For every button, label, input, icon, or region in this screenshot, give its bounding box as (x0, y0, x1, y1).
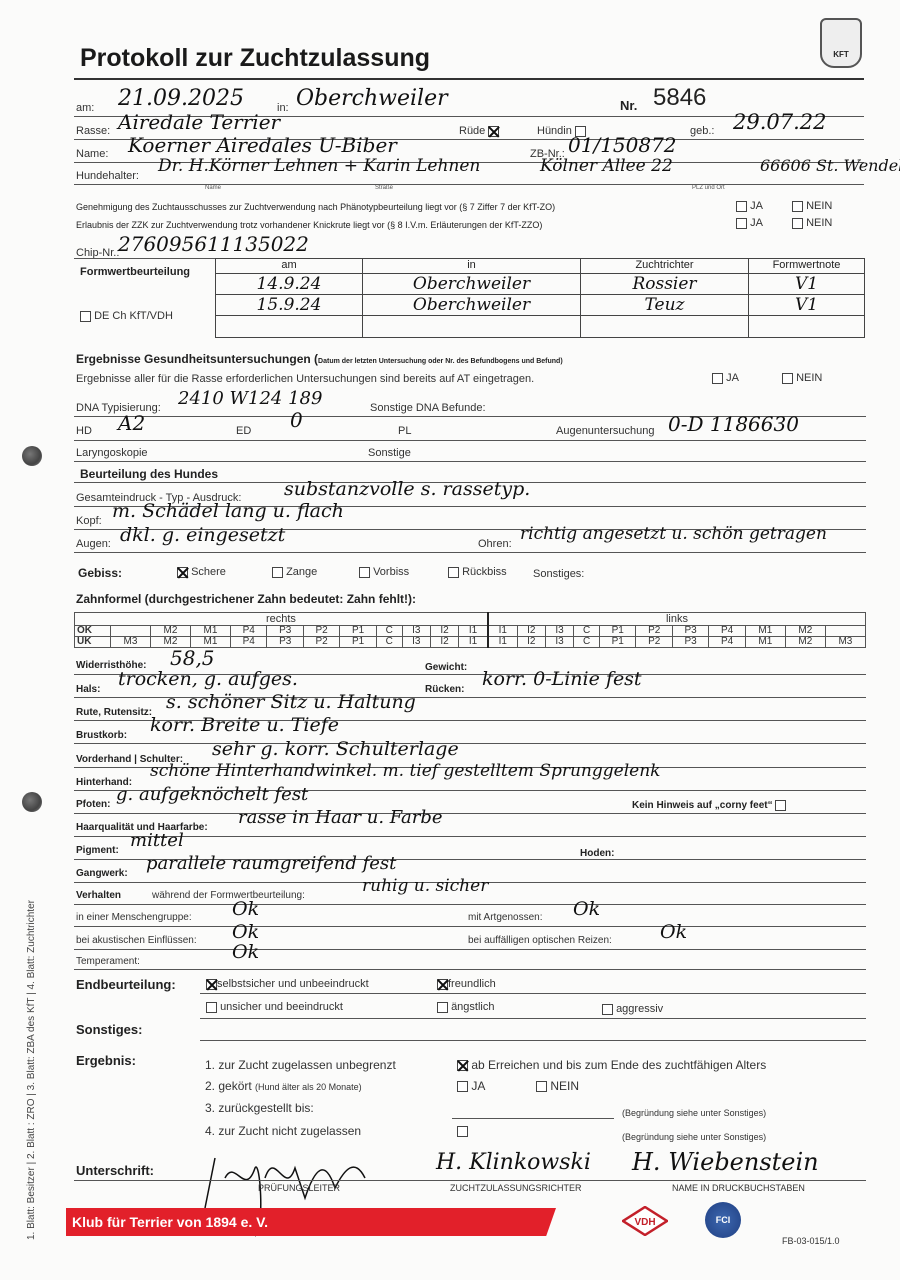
tooth-cell[interactable]: C (574, 637, 600, 648)
gebiss-sonstiges-label: Sonstiges: (533, 568, 584, 580)
tooth-cell[interactable]: P4 (231, 626, 267, 637)
gekoert-ja: JA (457, 1079, 485, 1093)
gruppe-value[interactable]: Ok (232, 898, 259, 920)
end-aengstlich-checkbox[interactable] (437, 1002, 448, 1013)
end-freundlich-checkbox[interactable] (437, 979, 448, 990)
copy-distribution-note: 1. Blatt: Besitzer | 2. Blatt : ZRO | 3.… (26, 900, 37, 1240)
ed-value[interactable]: 0 (290, 408, 303, 432)
gang-value[interactable]: parallele raumgreifend fest (146, 853, 396, 874)
tooth-cell[interactable]: I1 (459, 637, 488, 648)
zahnformel-title: Zahnformel (durchgestrichener Zahn bedeu… (76, 592, 416, 606)
tooth-cell[interactable]: P4 (709, 637, 745, 648)
gebiss-vorbiss-checkbox[interactable] (359, 567, 370, 578)
hals-value[interactable]: trocken, g. aufges. (118, 668, 298, 690)
nicht-zugelassen-checkbox[interactable] (457, 1126, 468, 1137)
auge-value[interactable]: 0-D 1186630 (668, 412, 799, 436)
halter-ort[interactable]: 66606 St. Wendel (760, 156, 900, 175)
health-at-text: Ergebnisse aller für die Rasse erforderl… (76, 373, 534, 385)
tooth-cell[interactable]: P3 (672, 626, 708, 637)
pigment-label: Pigment: (76, 845, 119, 856)
nr-label: Nr. (620, 98, 637, 113)
vorderhand-value[interactable]: sehr g. korr. Schulterlage (212, 738, 459, 760)
druck-caption: NAME IN DRUCKBUCHSTABEN (672, 1183, 805, 1193)
sub-label-strasse: Straße (375, 185, 393, 191)
corny-feet-option: Kein Hinweis auf „corny feet“ (632, 800, 786, 811)
in-value[interactable]: Oberchweiler (296, 86, 448, 111)
akust-value[interactable]: Ok (232, 921, 259, 943)
pfoten-label: Pfoten: (76, 799, 110, 810)
gebiss-rueckbiss-checkbox[interactable] (448, 567, 459, 578)
tooth-cell[interactable]: P3 (267, 626, 303, 637)
richter-signature: H. Klinkowski (436, 1150, 591, 1175)
brust-value[interactable]: korr. Breite u. Tiefe (150, 714, 339, 736)
tooth-cell[interactable]: P2 (636, 637, 672, 648)
ergebnis-label: Ergebnis: (76, 1053, 136, 1068)
erlaubnis-ja: JA (736, 217, 763, 229)
pruefungsleiter-caption: PRÜFUNGSLEITER (258, 1183, 340, 1193)
tooth-cell[interactable]: M3 (825, 637, 865, 648)
tooth-cell[interactable]: I1 (488, 637, 517, 648)
tooth-cell[interactable]: I2 (430, 626, 458, 637)
gebiss-zange-checkbox[interactable] (272, 567, 283, 578)
brust-label: Brustkorb: (76, 730, 127, 741)
verhalten-label: Verhalten (76, 890, 121, 901)
fw-header-richter: Zuchtrichter (581, 259, 749, 274)
tooth-cell[interactable]: P4 (231, 637, 267, 648)
auge-label: Augenuntersuchung (556, 425, 654, 437)
optisch-label: bei auffälligen optischen Reizen: (468, 935, 612, 946)
ergebnis-item-1: 1. zur Zucht zugelassen unbegrenzt (205, 1058, 396, 1072)
tooth-cell[interactable]: M1 (745, 637, 785, 648)
widerrist-value[interactable]: 58,5 (170, 646, 215, 670)
end-freundlich: freundlich (437, 978, 496, 990)
tooth-cell[interactable]: I1 (488, 626, 517, 637)
tooth-cell[interactable]: I2 (517, 626, 545, 637)
punch-hole (22, 446, 42, 466)
tooth-cell[interactable]: P1 (600, 626, 636, 637)
de-ch-checkbox[interactable] (80, 311, 91, 322)
zahn-links-header: links (488, 613, 866, 626)
am-label: am: (76, 102, 94, 114)
page-title: Protokoll zur Zuchtzulassung (80, 44, 430, 73)
ohren-value[interactable]: richtig angesetzt u. schön getragen (520, 524, 827, 544)
fw-header-am: am (216, 259, 363, 274)
zahn-row-ok: OKM2M1P4P3P2P1CI3I2I1I1I2I3CP1P2P3P4M1M2 (75, 626, 866, 637)
end-aggressiv: aggressiv (602, 1003, 663, 1015)
tooth-cell[interactable]: P2 (303, 626, 339, 637)
tooth-cell[interactable]: M3 (111, 637, 151, 648)
fw-header-note: Formwertnote (749, 259, 865, 274)
tooth-cell[interactable]: M1 (745, 626, 785, 637)
ruecken-value[interactable]: korr. 0-Linie fest (482, 668, 642, 690)
halter-name[interactable]: Dr. H.Körner Lehnen + Karin Lehnen (158, 156, 480, 176)
health-ja-checkbox[interactable] (712, 373, 723, 384)
rute-label: Rute, Rutensitz: (76, 707, 152, 718)
hoden-label: Hoden: (580, 848, 614, 859)
health-ja: JA (712, 372, 739, 384)
ruede-checkbox[interactable] (488, 126, 499, 137)
punch-hole (22, 792, 42, 812)
pfoten-value[interactable]: g. aufgeknöchelt fest (116, 784, 308, 805)
gebiss-zange: Zange (272, 566, 317, 578)
halter-label: Hundehalter: (76, 170, 139, 182)
vdh-logo-icon: VDH (622, 1206, 668, 1236)
akust-label: bei akustischen Einflüssen: (76, 935, 197, 946)
laryn-label: Laryngoskopie (76, 447, 148, 459)
zahn-rechts-header: rechts (75, 613, 488, 626)
ab-erreichen-option: ab Erreichen und bis zum Ende des zuchtf… (457, 1058, 766, 1072)
tooth-cell[interactable]: I2 (430, 637, 458, 648)
erlaubnis-nein: NEIN (792, 217, 832, 229)
gekoert-ja-checkbox[interactable] (457, 1081, 468, 1092)
gewicht-label: Gewicht: (425, 662, 467, 673)
temp-label: Temperament: (76, 956, 140, 967)
ruede-label: Rüde (459, 125, 499, 137)
tooth-cell[interactable] (111, 626, 151, 637)
sonstige-label: Sonstige (368, 447, 411, 459)
erlaubnis-nein-checkbox[interactable] (792, 218, 803, 229)
sonstige-dna-label: Sonstige DNA Befunde: (370, 402, 486, 414)
gesamt-value[interactable]: substanzvolle s. rassetyp. (284, 478, 530, 500)
beurteilung-title: Beurteilung des Hundes (80, 467, 218, 481)
kopf-value[interactable]: m. Schädel lang u. flach (112, 500, 344, 522)
pigment-value[interactable]: mittel (130, 830, 184, 851)
art-value[interactable]: Ok (573, 898, 600, 920)
genehmigung-nein: NEIN (792, 200, 832, 212)
ergebnis-item-2: 2. gekört (Hund älter als 20 Monate) (205, 1079, 362, 1093)
end-unsicher: unsicher und beeindruckt (206, 1001, 343, 1013)
ohren-label: Ohren: (478, 538, 512, 550)
temp-value[interactable]: Ok (232, 941, 259, 963)
geb-label: geb.: (690, 125, 714, 137)
nr-value: 5846 (653, 84, 706, 112)
sonstiges-label: Sonstiges: (76, 1022, 142, 1037)
name-label: Name: (76, 148, 108, 160)
gang-label: Gangwerk: (76, 868, 128, 879)
tooth-cell[interactable]: C (376, 637, 402, 648)
zb-value[interactable]: 01/150872 (568, 133, 677, 157)
tooth-cell[interactable]: P2 (303, 637, 339, 648)
haar-value[interactable]: rasse in Haar u. Farbe (238, 807, 443, 828)
druck-signature: H. Wiebenstein (632, 1148, 819, 1176)
sub-label-plz: PLZ und Ort (692, 185, 725, 191)
gebiss-label: Gebiss: (78, 566, 122, 580)
gebiss-vorbiss: Vorbiss (359, 566, 409, 578)
hd-label: HD (76, 425, 92, 437)
health-nein: NEIN (782, 372, 822, 384)
tooth-cell[interactable]: M2 (785, 626, 825, 637)
tooth-cell[interactable]: M2 (785, 637, 825, 648)
ergebnis-item-3: 3. zurückgestellt bis: (205, 1101, 314, 1115)
rasse-label: Rasse: (76, 125, 110, 137)
svg-text:VDH: VDH (634, 1217, 655, 1228)
art-label: mit Artgenossen: (468, 912, 542, 923)
form-id: FB-03-015/1.0 (782, 1236, 840, 1246)
table-row: 14.9.24 Oberchweiler Rossier V1 (216, 274, 865, 295)
tooth-cell[interactable]: I3 (545, 637, 573, 648)
gruppe-label: in einer Menschengruppe: (76, 912, 192, 923)
end-unsicher-checkbox[interactable] (206, 1002, 217, 1013)
tooth-cell[interactable]: M2 (151, 626, 191, 637)
tooth-cell[interactable]: P2 (636, 626, 672, 637)
health-nein-checkbox[interactable] (782, 373, 793, 384)
augen-label: Augen: (76, 538, 111, 550)
tooth-cell[interactable]: P1 (340, 626, 376, 637)
geb-value[interactable]: 29.07.22 (733, 110, 827, 134)
end-aggressiv-checkbox[interactable] (602, 1004, 613, 1015)
ed-label: ED (236, 425, 251, 437)
unterschrift-label: Unterschrift: (76, 1163, 154, 1178)
gekoert-nein-checkbox[interactable] (536, 1081, 547, 1092)
verhalten-during-value[interactable]: ruhig u. sicher (362, 876, 488, 896)
gebiss-rueckbiss: Rückbiss (448, 566, 507, 578)
tooth-cell[interactable]: I3 (402, 626, 430, 637)
gekoert-nein: NEIN (536, 1079, 579, 1093)
tooth-cell[interactable]: P3 (672, 637, 708, 648)
tooth-cell[interactable]: C (376, 626, 402, 637)
end-selbstsicher-checkbox[interactable] (206, 979, 217, 990)
tooth-cell[interactable]: I3 (402, 637, 430, 648)
genehmigung-ja-checkbox[interactable] (736, 201, 747, 212)
hinterhand-value[interactable]: schöne Hinterhandwinkel. m. tief gestell… (150, 761, 660, 781)
genehmigung-text: Genehmigung des Zuchtausschusses zur Zuc… (76, 202, 555, 212)
de-ch-option: DE Ch KfT/VDH (80, 310, 173, 322)
ergebnis-item-4: 4. zur Zucht nicht zugelassen (205, 1124, 361, 1138)
zahnformel-table: rechts links OKM2M1P4P3P2P1CI3I2I1I1I2I3… (74, 612, 866, 648)
optisch-value[interactable]: Ok (660, 921, 687, 943)
halter-strasse[interactable]: Kölner Allee 22 (540, 156, 673, 176)
ruecken-label: Rücken: (425, 684, 464, 695)
tooth-cell[interactable] (825, 626, 865, 637)
fw-header-in: in (363, 259, 581, 274)
dna-value[interactable]: 2410 W124 189 (178, 388, 322, 409)
rute-value[interactable]: s. schöner Sitz u. Haltung (166, 691, 416, 713)
begruendung-4: (Begründung siehe unter Sonstiges) (622, 1132, 766, 1142)
end-selbstsicher: selbstsicher und unbeeindruckt (206, 978, 369, 990)
pl-label: PL (398, 425, 411, 437)
ab-erreichen-checkbox[interactable] (457, 1060, 468, 1071)
erlaubnis-ja-checkbox[interactable] (736, 218, 747, 229)
formwert-table: am in Zuchtrichter Formwertnote 14.9.24 … (215, 258, 865, 338)
health-title: Ergebnisse Gesundheitsuntersuchungen (Da… (76, 352, 563, 366)
tooth-cell[interactable]: I3 (545, 626, 573, 637)
hd-value[interactable]: A2 (118, 411, 145, 435)
begruendung-3: (Begründung siehe unter Sonstiges) (622, 1108, 766, 1118)
fci-logo-icon: FCI (705, 1202, 741, 1238)
tooth-cell[interactable]: P1 (600, 637, 636, 648)
erlaubnis-text: Erlaubnis der ZZK zur Zuchtverwendung tr… (76, 220, 542, 230)
genehmigung-nein-checkbox[interactable] (792, 201, 803, 212)
tooth-cell[interactable]: I2 (517, 637, 545, 648)
kopf-label: Kopf: (76, 515, 102, 527)
formwert-label: Formwertbeurteilung (80, 266, 190, 278)
tooth-cell[interactable]: P4 (709, 626, 745, 637)
sub-label-name: Name (205, 185, 221, 191)
nicht-zugelassen-option (457, 1125, 468, 1137)
gebiss-schere: Schere (177, 566, 226, 578)
am-value[interactable]: 21.09.2025 (118, 86, 244, 111)
augen-value[interactable]: dkl. g. eingesetzt (120, 524, 285, 546)
table-row: 15.9.24 Oberchweiler Teuz V1 (216, 295, 865, 316)
chip-value[interactable]: 276095611135022 (118, 232, 309, 256)
endbeurteilung-label: Endbeurteilung: (76, 977, 176, 992)
tooth-cell[interactable]: I1 (459, 626, 488, 637)
genehmigung-ja: JA (736, 200, 763, 212)
end-aengstlich: ängstlich (437, 1001, 494, 1013)
name-value[interactable]: Koerner Airedales U-Biber (128, 133, 397, 157)
kft-logo-icon: KFT (820, 18, 862, 68)
tooth-cell[interactable]: C (574, 626, 600, 637)
tooth-cell[interactable]: M1 (191, 626, 231, 637)
verhalten-during-label: während der Formwertbeurteilung: (152, 890, 305, 901)
tooth-cell[interactable]: P3 (267, 637, 303, 648)
corny-feet-checkbox[interactable] (775, 800, 786, 811)
rasse-value[interactable]: Airedale Terrier (118, 110, 280, 134)
tooth-cell[interactable]: P1 (340, 637, 376, 648)
richter-caption: ZUCHTZULASSUNGSRICHTER (450, 1183, 582, 1193)
club-banner: Klub für Terrier von 1894 e. V. (66, 1208, 556, 1236)
table-row (216, 316, 865, 338)
hals-label: Hals: (76, 684, 100, 695)
gebiss-schere-checkbox[interactable] (177, 567, 188, 578)
